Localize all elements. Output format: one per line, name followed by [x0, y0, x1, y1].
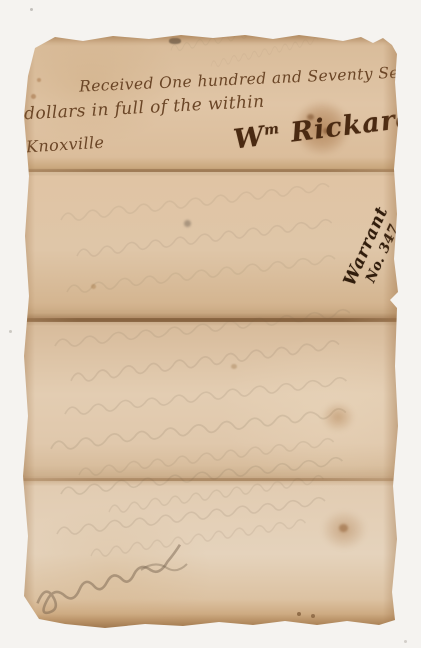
smudge-panel2 — [184, 220, 191, 227]
freckle-bottom-2 — [311, 614, 315, 618]
freckle-left-1 — [31, 94, 36, 99]
signature-flourish: — — [414, 99, 421, 133]
freckle-left-2 — [37, 78, 41, 82]
fold-crease-1 — [21, 169, 399, 172]
receipt-line-1: Received One hundred and Seventy Seven — [79, 62, 421, 95]
paper-speck-bg1 — [30, 8, 33, 11]
paper-mottle-3 — [11, 504, 211, 644]
place-name: Knoxville — [25, 133, 104, 157]
foxing-stain-right-lower — [321, 510, 367, 550]
manuscript-paper: Received One hundred and Seventy Seven d… — [21, 34, 399, 631]
signature-surname: Rickard — [289, 102, 417, 148]
freckle-bottom-1 — [297, 612, 301, 616]
receipt-line-2: dollars in full of the within — [24, 92, 265, 125]
foxing-dot-lower — [339, 524, 348, 532]
fold-crease-2 — [21, 318, 399, 322]
bleedthrough-signature — [33, 545, 184, 614]
fold-crease-3 — [21, 478, 399, 481]
freckle-mid-1 — [91, 284, 96, 289]
paper-mottle-2 — [221, 334, 421, 494]
docket-annotation: Warrant No. 347 — [331, 182, 417, 317]
foxing-stain-right-mid — [321, 402, 355, 432]
signature-superscript: m — [263, 121, 281, 139]
freckle-panel3 — [231, 364, 237, 369]
signature-initial: W — [232, 121, 267, 156]
smudge-top-center — [169, 38, 181, 44]
bleedthrough-signature-tail — [141, 564, 187, 570]
paper-speck-bg2 — [9, 330, 12, 333]
scan-background: Received One hundred and Seventy Seven d… — [0, 0, 421, 648]
paper-speck-bg3 — [404, 640, 407, 643]
